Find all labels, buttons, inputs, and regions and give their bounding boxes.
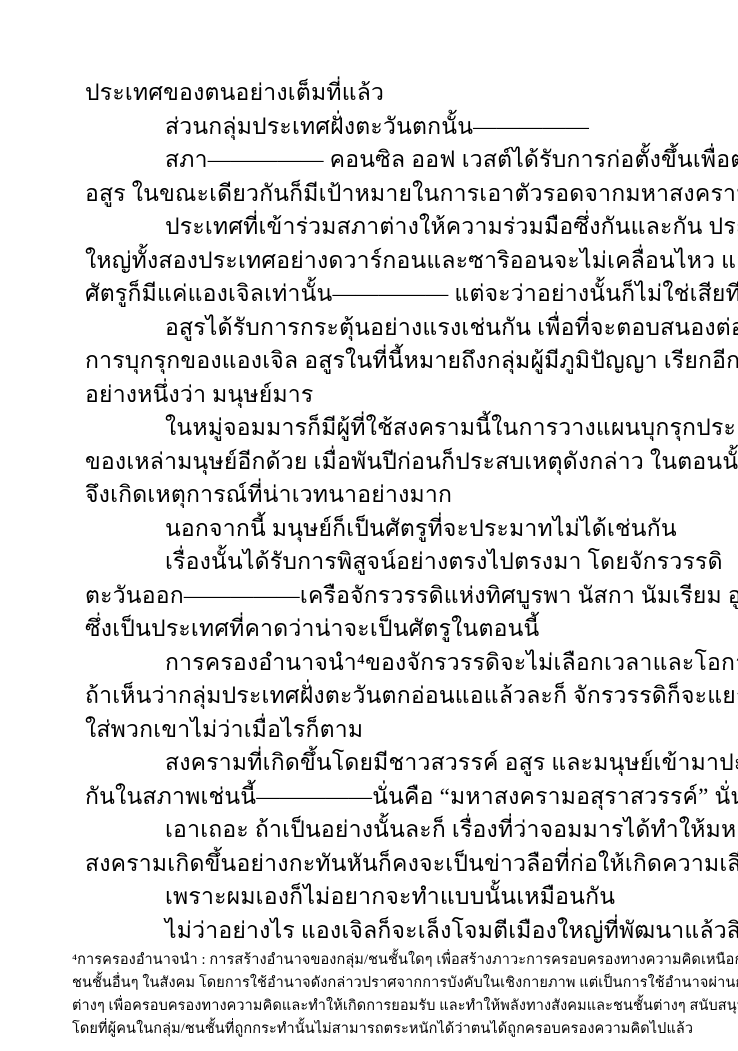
body-line: การบุกรุกของแองเจิล อสูรในที่นี้หมายถึงก… (85, 344, 676, 378)
body-line: ในหมู่จอมมารก็มีผู้ที่ใช้สงครามนี้ในการว… (85, 411, 676, 445)
body-line: สงครามที่เกิดขึ้นโดยมีชาวสวรรค์ อสูร และ… (85, 746, 676, 780)
body-line: ประเทศของตนอย่างเต็มที่แล้ว (85, 76, 676, 110)
body-line: ส่วนกลุ่มประเทศฝั่งตะวันตกนั้น————— (85, 110, 676, 144)
body-line: ซึ่งเป็นประเทศที่คาดว่าน่าจะเป็นศัตรูในต… (85, 612, 676, 646)
body-line: ถ้าเห็นว่ากลุ่มประเทศฝั่งตะวันตกอ่อนแอแล… (85, 679, 676, 713)
body-text-block: ประเทศของตนอย่างเต็มที่แล้ว ส่วนกลุ่มประ… (85, 76, 676, 947)
body-line: จึงเกิดเหตุการณ์ที่น่าเวทนาอย่างมาก (85, 478, 676, 512)
body-line: อสูรได้รับการกระตุ้นอย่างแรงเช่นกัน เพื่… (85, 311, 676, 345)
body-line: เพราะผมเองก็ไม่อยากจะทำแบบนั้นเหมือนกัน (85, 880, 676, 914)
body-line: ประเทศที่เข้าร่วมสภาต่างให้ความร่วมมือซึ… (85, 210, 676, 244)
body-line: อสูร ในขณะเดียวกันก็มีเป้าหมายในการเอาตั… (85, 177, 676, 211)
body-line: สงครามเกิดขึ้นอย่างกะทันหันก็คงจะเป็นข่า… (85, 847, 676, 881)
body-line: ไม่ว่าอย่างไร แองเจิลก็จะเล็งโจมตีเมืองใ… (85, 914, 676, 948)
body-line: ศัตรูก็มีแค่แองเจิลเท่านั้น————— แต่จะว่… (85, 277, 676, 311)
footnote-line: โดยที่ผู้คนในกลุ่ม/ชนชั้นที่ถูกกระทำนั้น… (72, 1018, 676, 1041)
body-line: เอาเถอะ ถ้าเป็นอย่างนั้นละก็ เรื่องที่ว่… (85, 813, 676, 847)
body-line: ของเหล่ามนุษย์อีกด้วย เมื่อพันปีก่อนก็ปร… (85, 445, 676, 479)
body-line: สภา————— คอนซิล ออฟ เวสต์ได้รับการก่อตั้… (85, 143, 676, 177)
body-line: การครองอำนาจนำ⁴ของจักรวรรดิจะไม่เลือกเวล… (85, 646, 676, 680)
body-line: กันในสภาพเช่นนี้—————นั่นคือ “มหาสงครามอ… (85, 780, 676, 814)
footnote-line: ต่างๆ เพื่อครอบครองทางความคิดและทำให้เกิ… (72, 995, 676, 1018)
book-page: ประเทศของตนอย่างเต็มที่แล้ว ส่วนกลุ่มประ… (0, 0, 738, 1051)
footnote-block: ⁴การครองอำนาจนำ : การสร้างอำนาจของกลุ่ม/… (72, 949, 676, 1041)
body-line: ใส่พวกเขาไม่ว่าเมื่อไรก็ตาม (85, 713, 676, 747)
footnote-line: ชนชั้นอื่นๆ ในสังคม โดยการใช้อำนาจดังกล่… (72, 972, 676, 995)
body-line: ใหญ่ทั้งสองประเทศอย่างดวาร์กอนและซาริออน… (85, 244, 676, 278)
body-line: อย่างหนึ่งว่า มนุษย์มาร (85, 378, 676, 412)
body-line: ตะวันออก—————เครือจักรวรรดิแห่งทิศบูรพา … (85, 579, 676, 613)
body-line: นอกจากนี้ มนุษย์ก็เป็นศัตรูที่จะประมาทไม… (85, 512, 676, 546)
footnote-line: ⁴การครองอำนาจนำ : การสร้างอำนาจของกลุ่ม/… (72, 949, 676, 972)
body-line: เรื่องนั้นได้รับการพิสูจน์อย่างตรงไปตรงม… (85, 545, 676, 579)
